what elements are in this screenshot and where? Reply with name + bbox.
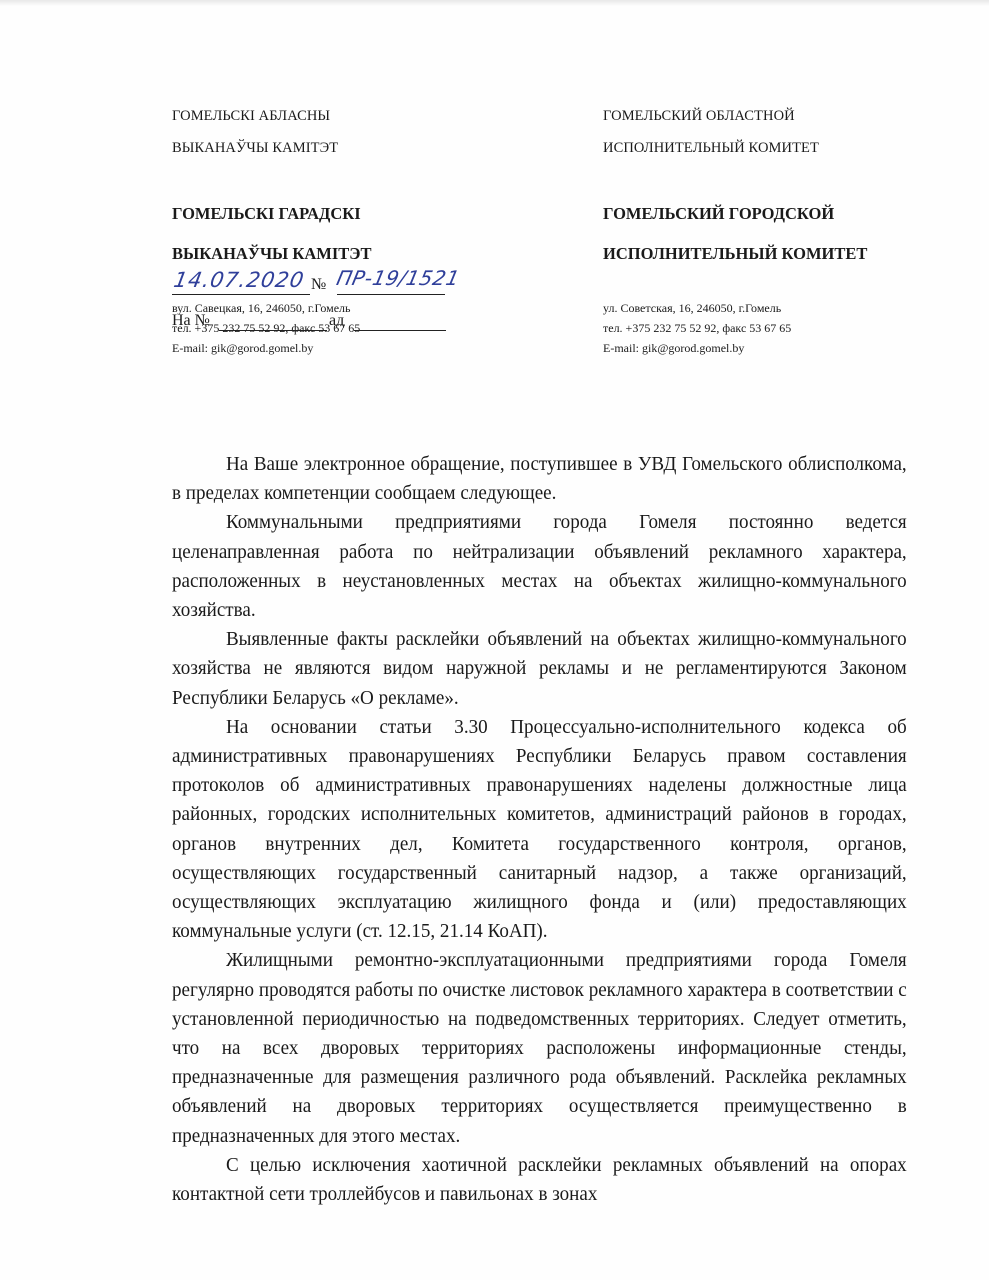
phone-fax: тел. +375 232 75 52 92, факс 53 67 65	[603, 318, 933, 338]
org-name-line2: ИСПОЛНИТЕЛЬНЫЙ КОМИТЕТ	[603, 244, 933, 264]
parent-org-name-by: ГОМЕЛЬСКІ АБЛАСНЫ ВЫКАНАЎЧЫ КАМІТЭТ	[172, 92, 472, 172]
scan-edge-shadow	[0, 0, 989, 6]
parent-org-line2: ИСПОЛНИТЕЛЬНЫЙ КОМИТЕТ	[603, 140, 933, 156]
date-underline	[172, 294, 310, 295]
registration-block: 14.07.2020 № ПР-19/1521 На № ад	[172, 268, 462, 340]
parent-org-line1: ГОМЕЛЬСКИЙ ОБЛАСТНОЙ	[603, 108, 933, 124]
outgoing-registration-row: 14.07.2020 № ПР-19/1521	[172, 268, 462, 300]
address: ул. Советская, 16, 246050, г.Гомель	[603, 298, 933, 318]
org-name-ru: ГОМЕЛЬСКИЙ ГОРОДСКОЙ ИСПОЛНИТЕЛЬНЫЙ КОМИ…	[603, 184, 933, 284]
paragraph: Коммунальными предприятиями города Гомел…	[172, 508, 907, 625]
org-name-line2: ВЫКАНАЎЧЫ КАМІТЭТ	[172, 244, 472, 264]
parent-org-line2: ВЫКАНАЎЧЫ КАМІТЭТ	[172, 140, 472, 156]
parent-org-line1: ГОМЕЛЬСКІ АБЛАСНЫ	[172, 108, 472, 124]
reference-row: На № ад	[172, 308, 462, 340]
paragraph: Жилищными ремонтно-эксплуатационными пре…	[172, 946, 907, 1150]
paragraph: На основании статьи 3.30 Процессуально-и…	[172, 713, 907, 947]
org-name-line1: ГОМЕЛЬСКІ ГАРАДСКІ	[172, 204, 472, 224]
contacts-ru: ул. Советская, 16, 246050, г.Гомель тел.…	[603, 298, 933, 358]
parent-org-name-ru: ГОМЕЛЬСКИЙ ОБЛАСТНОЙ ИСПОЛНИТЕЛЬНЫЙ КОМИ…	[603, 92, 933, 172]
reference-date-underline	[354, 330, 446, 331]
handwritten-date: 14.07.2020	[172, 268, 306, 292]
reference-number-underline	[219, 330, 327, 331]
letter-body: На Ваше электронное обращение, поступивш…	[172, 450, 907, 1209]
reference-date-label: ад	[329, 312, 344, 330]
reference-number-label: На №	[172, 312, 210, 330]
paragraph: Выявленные факты расклейки объявлений на…	[172, 625, 907, 713]
paragraph: На Ваше электронное обращение, поступивш…	[172, 450, 907, 508]
email: E-mail: gik@gorod.gomel.by	[172, 338, 472, 358]
number-sign: №	[311, 276, 326, 294]
handwritten-number: ПР-19/1521	[334, 266, 462, 290]
number-underline	[337, 294, 445, 295]
letter-page: ГОМЕЛЬСКІ АБЛАСНЫ ВЫКАНАЎЧЫ КАМІТЭТ ГОМЕ…	[0, 0, 989, 1280]
org-name-line1: ГОМЕЛЬСКИЙ ГОРОДСКОЙ	[603, 204, 933, 224]
paragraph: С целью исключения хаотичной расклейки р…	[172, 1151, 907, 1209]
letterhead-russian: ГОМЕЛЬСКИЙ ОБЛАСТНОЙ ИСПОЛНИТЕЛЬНЫЙ КОМИ…	[603, 92, 933, 358]
email: E-mail: gik@gorod.gomel.by	[603, 338, 933, 358]
